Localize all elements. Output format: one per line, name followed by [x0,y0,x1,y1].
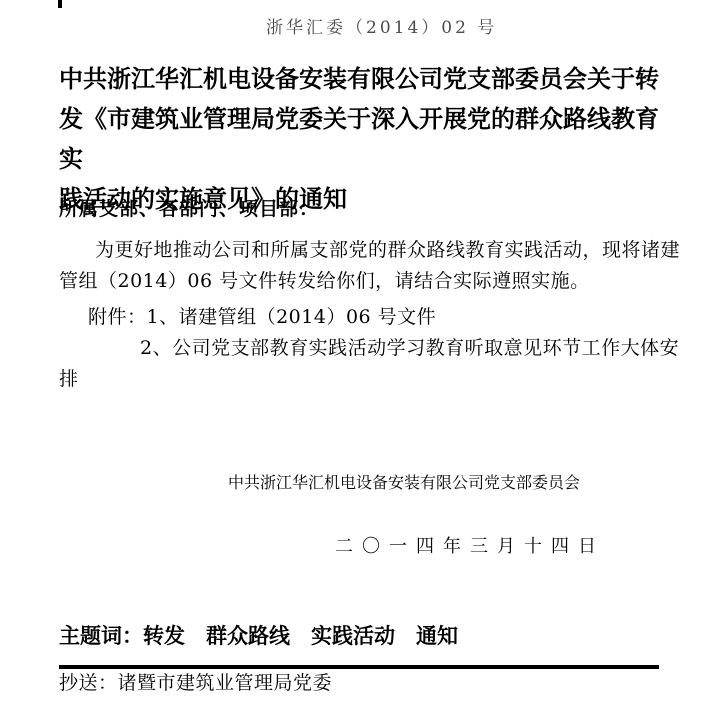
document-title: 中共浙江华汇机电设备安装有限公司党支部委员会关于转 发《市建筑业管理局党委关于深… [59,60,673,220]
title-line-1: 中共浙江华汇机电设备安装有限公司党支部委员会关于转 [59,60,673,100]
document-number: 浙华汇委（2014）02 号 [266,20,497,37]
attachment-line-2: 2、公司党支部教育实践活动学习教育听取意见环节工作大体安 [140,339,679,358]
attachment-line-3: 排 [59,370,79,389]
body-paragraph-line-1: 为更好地推动公司和所属支部党的群众路线教育实践活动，现将诸建 [95,241,680,260]
divider-rule [59,665,659,669]
document-date: 二〇一四年三月十四日 [335,538,605,556]
title-line-2: 发《市建筑业管理局党委关于深入开展党的群众路线教育实 [59,100,673,180]
attachment-line-1: 附件：1、诸建管组（2014）06 号文件 [88,308,436,327]
scan-crop-mark [58,0,62,8]
subject-keywords: 主题词：转发 群众路线 实践活动 通知 [59,626,458,647]
salutation: 所属支部、各部门、项目部： [59,200,319,219]
issuing-authority-signature: 中共浙江华汇机电设备安装有限公司党支部委员会 [228,475,580,491]
body-paragraph-line-2: 管组（2014）06 号文件转发给你们，请结合实际遵照实施。 [59,272,590,291]
cc-recipients: 抄送：诸暨市建筑业管理局党委 [59,674,332,693]
official-document-page: 浙华汇委（2014）02 号 中共浙江华汇机电设备安装有限公司党支部委员会关于转… [0,0,726,718]
